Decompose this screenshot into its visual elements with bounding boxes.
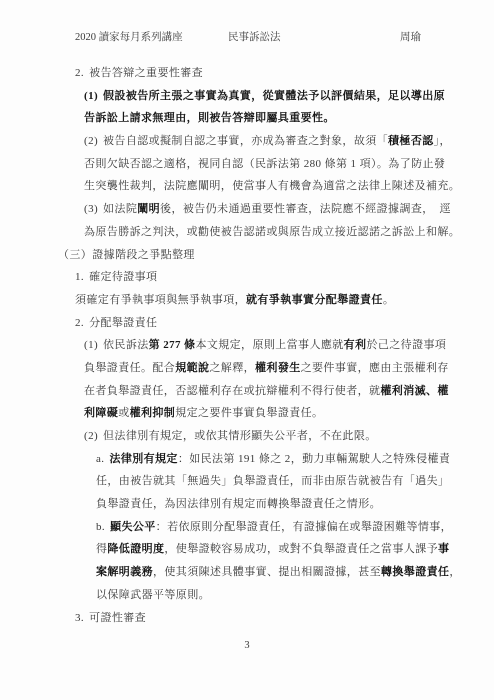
body-text: 生突襲性裁判，法院應闡明，使當事人有機會為適當之法律上陳述及補充。 <box>84 180 460 192</box>
list-marker: (3) <box>84 203 98 215</box>
emphasized-text: 利障礙 <box>84 407 118 419</box>
page-header: 2020 讀家每月系列講座 民事訴訟法 周瑜 <box>0 30 494 45</box>
text-line: 2.被告答辯之重要性審查 <box>75 62 494 85</box>
body-text: ，使其須陳述具體事實、提出相關證據，甚至 <box>153 566 381 578</box>
list-marker: (2) <box>84 430 98 442</box>
emphasized-text: 第 277 條 <box>149 339 196 351</box>
list-marker: (1) <box>84 339 98 351</box>
text-line: 須確定有爭執事項與無爭執事項，就有爭執事實分配舉證責任。 <box>75 289 494 312</box>
text-line: 2.分配舉證責任 <box>75 312 494 335</box>
body-text: 為原告勝訴之判決，或勸使被告認諾或與原告成立接近認諾之訴訟上和解。 <box>84 226 460 238</box>
text-line: 否則欠缺否認之適格，視同自認（民訴法第 280 條第 1 項）。為了防止發 <box>84 153 494 176</box>
body-text: 得 <box>96 543 107 555</box>
emphasized-text: 就有爭執事實分配舉證責任 <box>246 294 383 306</box>
list-marker: 2. <box>75 67 84 79</box>
text-line: 案解明義務，使其須陳述具體事實、提出相關證據，甚至轉換舉證責任， <box>96 561 494 584</box>
emphasized-text: 權利發生 <box>255 362 301 374</box>
emphasized-text: 顯失公平 <box>110 521 156 533</box>
body-text: 須確定有爭執事項與無爭執事項， <box>75 294 246 306</box>
body-text: 被告答辯之重要性審查 <box>89 67 203 79</box>
emphasized-text: 假設被告所主張之事實為真實，從實體法予以評價結果，足以導出原 <box>103 90 445 102</box>
emphasized-text: 轉換舉證責任 <box>381 566 449 578</box>
list-marker: a. <box>96 453 104 465</box>
text-line: 為原告勝訴之判決，或勸使被告認諾或與原告成立接近認諾之訴訟上和解。 <box>84 221 494 244</box>
text-line: a.法律別有規定：如民法第 191 條之 2，動力車輛駕駛人之特殊侵權責 <box>96 448 494 471</box>
body-text: 之解釋， <box>209 362 255 374</box>
body-text: ：若依原則分配舉證責任，有證據偏在或舉證困難等情事， <box>156 521 452 533</box>
list-marker: 2. <box>75 317 84 329</box>
text-line: 告訴訟上請求無理由，則被告答辯即屬具重要性。 <box>84 107 494 130</box>
body-text: 確定待證事項 <box>89 271 157 283</box>
emphasized-text: 降低證明度 <box>107 543 164 555</box>
list-marker: b. <box>96 521 105 533</box>
body-text: 被告自認或擬制自認之事實，亦成為審查之對象，故須「 <box>103 135 388 147</box>
text-line: (2)但法律別有規定，或依其情形顯失公平者，不在此限。 <box>84 425 494 448</box>
text-line: 利障礙或權利抑制規定之要件事實負舉證責任。 <box>84 402 494 425</box>
body-text: 依民訴法 <box>103 339 149 351</box>
text-line: 在者負舉證責任，否認權利存在或抗辯權利不得行使者，就權利消滅、權 <box>84 380 494 403</box>
body-text: 或 <box>118 407 129 419</box>
list-marker: (1) <box>84 90 98 102</box>
body-text: 但法律別有規定，或依其情形顯失公平者，不在此限。 <box>103 430 377 442</box>
text-line: 3.可證性審查 <box>75 607 494 630</box>
text-line: (1)依民訴法第 277 條本文規定，原則上當事人應就有利於己之待證事項 <box>84 334 494 357</box>
body-text: 本文規定，原則上當事人應就 <box>195 339 343 351</box>
emphasized-text: 權利抑制 <box>130 407 176 419</box>
text-line: (3)如法院闡明後，被告仍未通過重要性審查，法院應不經證據調查， 逕 <box>84 198 494 221</box>
emphasized-text: 法律別有規定 <box>109 453 177 465</box>
emphasized-text: 闡明 <box>137 203 160 215</box>
text-line: 負舉證責任，為因法律別有規定而轉換舉證責任之情形。 <box>96 493 494 516</box>
emphasized-text: 案解明義務 <box>96 566 153 578</box>
list-marker: (2) <box>84 135 98 147</box>
body-text: 可證性審查 <box>89 612 146 624</box>
body-text: 分配舉證責任 <box>89 317 157 329</box>
emphasized-text: 事 <box>438 543 449 555</box>
body-text: 。 <box>383 294 394 306</box>
document-body: 2.被告答辯之重要性審查(1)假設被告所主張之事實為真實，從實體法予以評價結果，… <box>0 62 494 629</box>
body-text: 在者負舉證責任，否認權利存在或抗辯權利不得行使者，就 <box>84 385 380 397</box>
page-number: 3 <box>0 640 494 651</box>
body-text: 之要件事實，應由主張權利存 <box>301 362 449 374</box>
header-course-series: 2020 讀家每月系列講座 <box>75 30 183 45</box>
text-line: 任，由被告就其「無過失」負舉證責任，而非由原告就被告有「過失」 <box>96 470 494 493</box>
text-line: b.顯失公平：若依原則分配舉證責任，有證據偏在或舉證困難等情事， <box>96 516 494 539</box>
list-marker: 3. <box>75 612 84 624</box>
body-text: 如法院 <box>103 203 137 215</box>
emphasized-text: 權利消滅、權 <box>380 385 448 397</box>
body-text: ：如民法第 191 條之 2，動力車輛駕駛人之特殊侵權責 <box>178 453 450 465</box>
body-text: 以保障武器平等原則。 <box>96 589 210 601</box>
text-line: 以保障武器平等原則。 <box>96 584 494 607</box>
body-text: 負舉證責任，為因法律別有規定而轉換舉證責任之情形。 <box>96 498 381 510</box>
body-text: 任，由被告就其「無過失」負舉證責任，而非由原告就被告有「過失」 <box>96 475 449 487</box>
body-text: 」， <box>434 135 451 147</box>
emphasized-text: 有利 <box>344 339 367 351</box>
emphasized-text: 規範說 <box>175 362 209 374</box>
body-text: 否則欠缺否認之適格，視同自認（民訴法第 280 條第 1 項）。為了防止發 <box>84 158 445 170</box>
text-line: 負舉證責任。配合規範說之解釋，權利發生之要件事實，應由主張權利存 <box>84 357 494 380</box>
body-text: 規定之要件事實負舉證責任。 <box>175 407 323 419</box>
emphasized-text: 積極否認 <box>388 135 434 147</box>
text-line: (1)假設被告所主張之事實為真實，從實體法予以評價結果，足以導出原 <box>84 85 494 108</box>
text-line: 生突襲性裁判，法院應闡明，使當事人有機會為適當之法律上陳述及補充。 <box>84 175 494 198</box>
body-text: 於己之待證事項 <box>366 339 446 351</box>
body-text: ， <box>449 566 460 578</box>
document-page: 2020 讀家每月系列講座 民事訴訟法 周瑜 2.被告答辯之重要性審查(1)假設… <box>0 0 494 700</box>
header-subject-title: 民事訴訟法 <box>228 30 281 45</box>
body-text: 負舉證責任。配合 <box>84 362 175 374</box>
text-line: 得降低證明度，使舉證較容易成功，或對不負舉證責任之當事人課予事 <box>96 538 494 561</box>
body-text: ，使舉證較容易成功，或對不負舉證責任之當事人課予 <box>164 543 438 555</box>
body-text: （三）證據階段之爭點整理 <box>58 249 195 261</box>
text-line: (2)被告自認或擬制自認之事實，亦成為審查之對象，故須「積極否認」， <box>84 130 494 153</box>
body-text: 後，被告仍未通過重要性審查，法院應不經證據調查， 逕 <box>160 203 451 215</box>
text-line: 1.確定待證事項 <box>75 266 494 289</box>
emphasized-text: 告訴訟上請求無理由，則被告答辯即屬具重要性。 <box>84 112 335 124</box>
header-author-name: 周瑜 <box>400 30 421 45</box>
text-line: （三）證據階段之爭點整理 <box>58 244 494 267</box>
list-marker: 1. <box>75 271 84 283</box>
